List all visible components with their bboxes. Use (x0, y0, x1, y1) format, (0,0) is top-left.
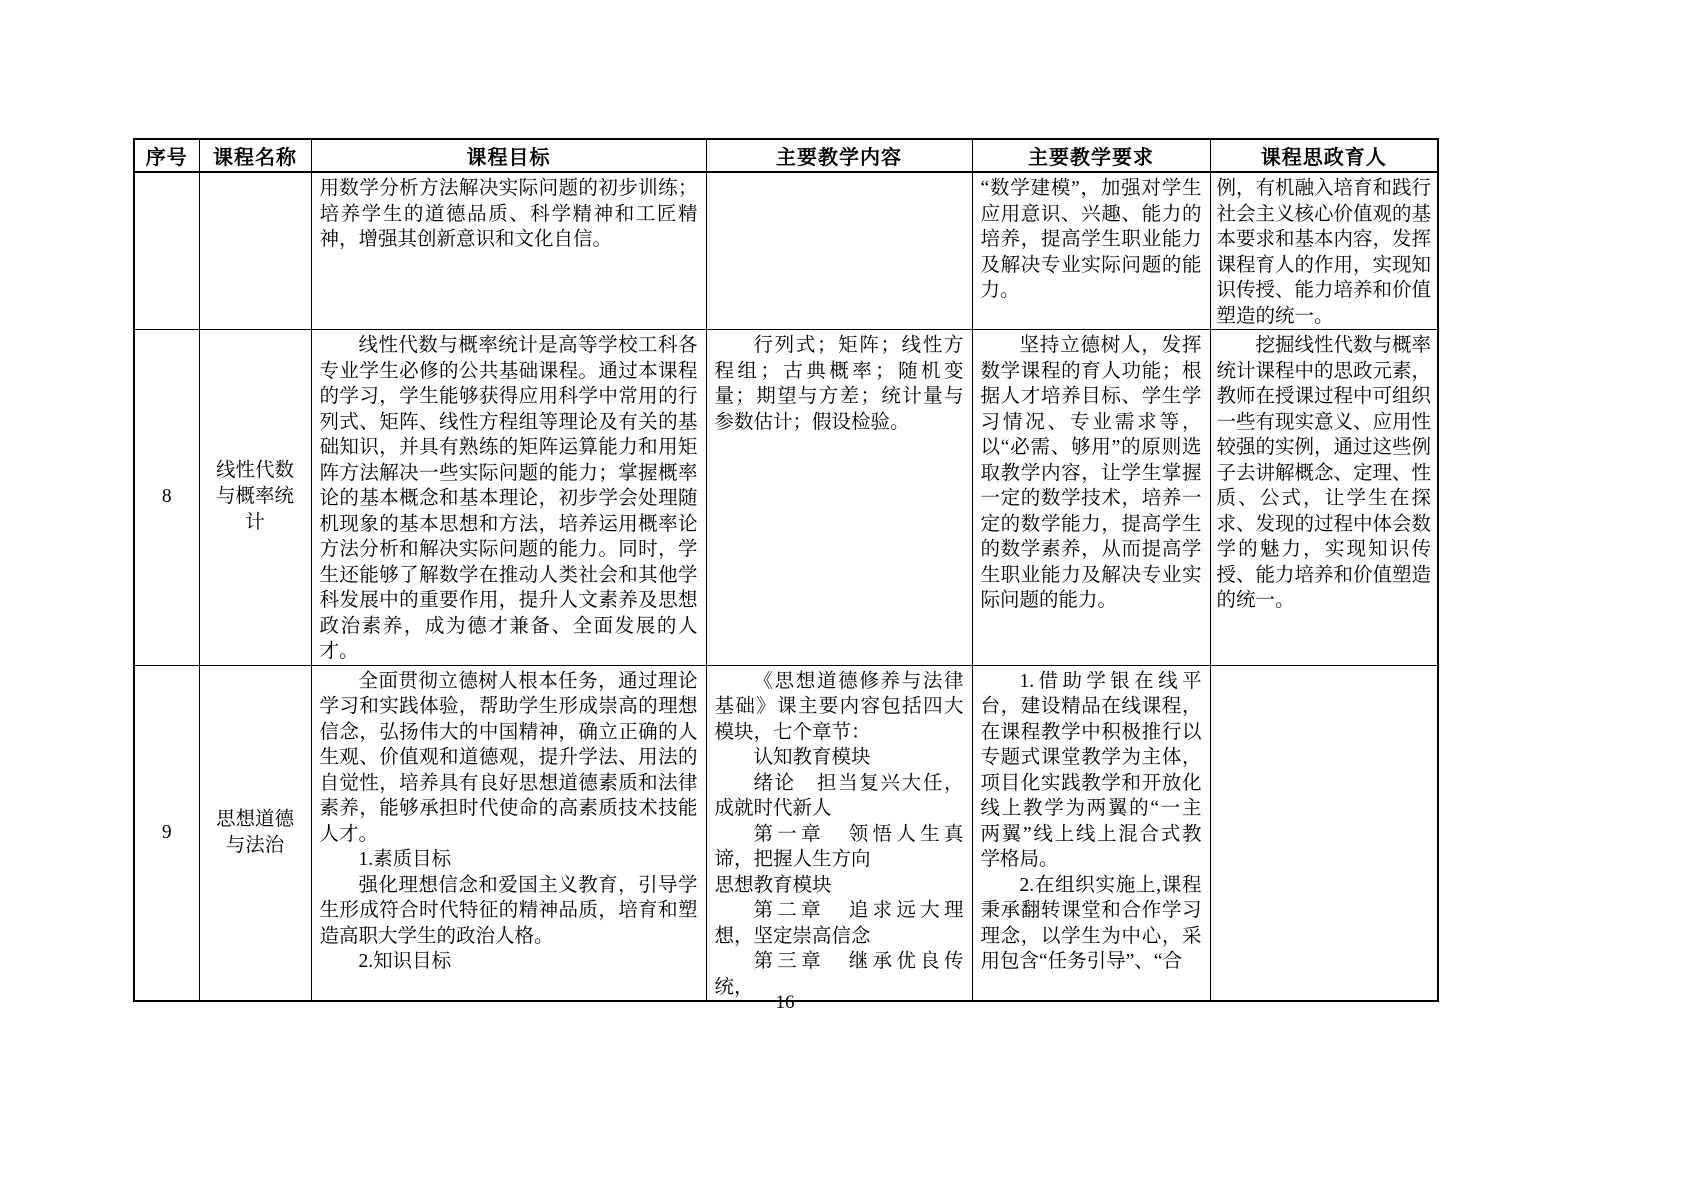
header-objectives: 课程目标 (311, 139, 706, 172)
cell-seq (134, 172, 199, 330)
header-content: 主要教学内容 (706, 139, 972, 172)
paragraph: 1.借助学银在线平台，建设精品在线课程，在课程教学中积极推行以专题式课堂教学为主… (981, 669, 1202, 873)
cell-course-name: 线性代数与概率统计 (199, 330, 311, 666)
course-outline-table: 序号 课程名称 课程目标 主要教学内容 主要教学要求 课程思政育人 用数学分析方… (133, 138, 1439, 1002)
cell-objectives: 全面贯彻立德树人根本任务，通过理论学习和实践体验，帮助学生形成崇高的理想信念，弘… (311, 665, 706, 1001)
paragraph: 行列式；矩阵；线性方程组；古典概率；随机变量；期望与方差；统计量与参数估计；假设… (715, 333, 964, 435)
cell-content: 《思想道德修养与法律基础》课主要内容包括四大模块，七个章节： 认知教育模块 绪论… (706, 665, 972, 1001)
table-row-course-9: 9 思想道德与法治 全面贯彻立德树人根本任务，通过理论学习和实践体验，帮助学生形… (134, 665, 1438, 1001)
table-row-course-8: 8 线性代数与概率统计 线性代数与概率统计是高等学校工科各专业学生必修的公共基础… (134, 330, 1438, 666)
cell-requirements: 1.借助学银在线平台，建设精品在线课程，在课程教学中积极推行以专题式课堂教学为主… (972, 665, 1210, 1001)
header-row: 序号 课程名称 课程目标 主要教学内容 主要教学要求 课程思政育人 (134, 139, 1438, 172)
cell-content: 行列式；矩阵；线性方程组；古典概率；随机变量；期望与方差；统计量与参数估计；假设… (706, 330, 972, 666)
paragraph: 2.在组织实施上,课程秉承翻转课堂和合作学习理念，以学生为中心，采用包含“任务引… (981, 873, 1202, 975)
header-requirements: 主要教学要求 (972, 139, 1210, 172)
paragraph: 思想教育模块 (715, 873, 964, 899)
cell-requirements: “数学建模”，加强对学生应用意识、兴趣、能力的培养，提高学生职业能力及解决专业实… (972, 172, 1210, 330)
header-course-name: 课程名称 (199, 139, 311, 172)
cell-requirements: 坚持立德树人，发挥数学课程的育人功能；根据人才培养目标、学生学习情况、专业需求等… (972, 330, 1210, 666)
paragraph: 1.素质目标 (320, 847, 698, 873)
paragraph: 第二章 追求远大理想，坚定崇高信念 (715, 898, 964, 949)
paragraph: 线性代数与概率统计是高等学校工科各专业学生必修的公共基础课程。通过本课程的学习，… (320, 333, 698, 665)
page-number: 16 (133, 992, 1437, 1014)
cell-ideology: 例，有机融入培育和践行社会主义核心价值观的基本要求和基本内容，发挥课程育人的作用… (1210, 172, 1438, 330)
paragraph: 全面贯彻立德树人根本任务，通过理论学习和实践体验，帮助学生形成崇高的理想信念，弘… (320, 669, 698, 848)
paragraph: 第一章 领悟人生真谛，把握人生方向 (715, 822, 964, 873)
cell-objectives: 线性代数与概率统计是高等学校工科各专业学生必修的公共基础课程。通过本课程的学习，… (311, 330, 706, 666)
cell-ideology: 挖掘线性代数与概率统计课程中的思政元素，教师在授课过程中可组织一些有现实意义、应… (1210, 330, 1438, 666)
document-page: 序号 课程名称 课程目标 主要教学内容 主要教学要求 课程思政育人 用数学分析方… (0, 0, 1684, 1191)
paragraph: 例，有机融入培育和践行社会主义核心价值观的基本要求和基本内容，发挥课程育人的作用… (1217, 176, 1432, 329)
paragraph: 挖掘线性代数与概率统计课程中的思政元素，教师在授课过程中可组织一些有现实意义、应… (1217, 333, 1432, 614)
paragraph: 认知教育模块 (715, 745, 964, 771)
cell-ideology (1210, 665, 1438, 1001)
cell-seq: 9 (134, 665, 199, 1001)
paragraph: 绪论 担当复兴大任，成就时代新人 (715, 771, 964, 822)
paragraph: 《思想道德修养与法律基础》课主要内容包括四大模块，七个章节： (715, 669, 964, 746)
table-row-continuation: 用数学分析方法解决实际问题的初步训练；培养学生的道德品质、科学精神和工匠精神，增… (134, 172, 1438, 330)
header-seq: 序号 (134, 139, 199, 172)
paragraph: 强化理想信念和爱国主义教育，引导学生形成符合时代特征的精神品质，培育和塑造高职大… (320, 873, 698, 950)
paragraph: 2.知识目标 (320, 949, 698, 975)
paragraph: 坚持立德树人，发挥数学课程的育人功能；根据人才培养目标、学生学习情况、专业需求等… (981, 333, 1202, 614)
cell-objectives: 用数学分析方法解决实际问题的初步训练；培养学生的道德品质、科学精神和工匠精神，增… (311, 172, 706, 330)
cell-course-name (199, 172, 311, 330)
paragraph: 用数学分析方法解决实际问题的初步训练；培养学生的道德品质、科学精神和工匠精神，增… (320, 176, 698, 253)
cell-content (706, 172, 972, 330)
header-ideology: 课程思政育人 (1210, 139, 1438, 172)
cell-seq: 8 (134, 330, 199, 666)
cell-course-name: 思想道德与法治 (199, 665, 311, 1001)
paragraph: “数学建模”，加强对学生应用意识、兴趣、能力的培养，提高学生职业能力及解决专业实… (981, 176, 1202, 304)
